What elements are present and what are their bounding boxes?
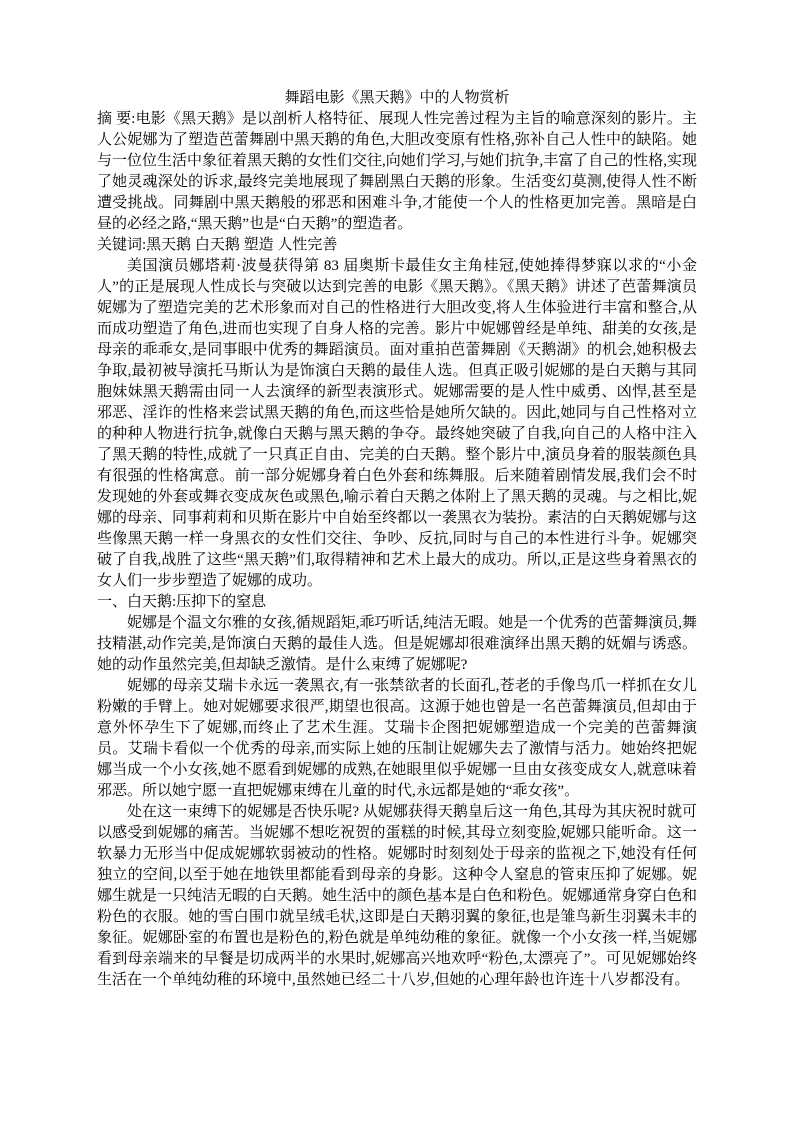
document-page: 舞蹈电影《黑天鹅》中的人物赏析 摘 要:电影《黑天鹅》是以剖析人格特征、展现人性… — [0, 0, 793, 1122]
document-content: 舞蹈电影《黑天鹅》中的人物赏析 摘 要:电影《黑天鹅》是以剖析人格特征、展现人性… — [97, 88, 697, 991]
body-paragraph-2: 妮娜是个温文尔雅的女孩,循规蹈矩,乖巧听话,纯洁无暇。她是一个优秀的芭蕾舞演员,… — [97, 613, 697, 676]
keywords-text: 黑天鹅 白天鹅 塑造 人性完善 — [146, 237, 337, 253]
section-heading-1: 一、白天鹅:压抑下的窒息 — [97, 592, 697, 613]
document-title: 舞蹈电影《黑天鹅》中的人物赏析 — [97, 88, 697, 109]
body-paragraph-1: 美国演员娜塔莉·波曼获得第 83 届奥斯卡最佳女主角桂冠,使她捧得梦寐以求的“小… — [97, 256, 697, 592]
abstract-label: 摘 要: — [97, 111, 135, 127]
body-paragraph-4: 处在这一束缚下的妮娜是否快乐呢? 从妮娜获得天鹅皇后这一角色,其母为其庆祝时就可… — [97, 802, 697, 991]
abstract-paragraph: 摘 要:电影《黑天鹅》是以剖析人格特征、展现人性完善过程为主旨的喻意深刻的影片。… — [97, 109, 697, 235]
keywords-label: 关键词: — [97, 237, 146, 253]
keywords-line: 关键词:黑天鹅 白天鹅 塑造 人性完善 — [97, 235, 697, 256]
body-paragraph-3: 妮娜的母亲艾瑞卡永远一袭黑衣,有一张禁欲者的长面孔,苍老的手像鸟爪一样抓在女儿粉… — [97, 676, 697, 802]
abstract-text: 电影《黑天鹅》是以剖析人格特征、展现人性完善过程为主旨的喻意深刻的影片。主人公妮… — [97, 111, 697, 232]
